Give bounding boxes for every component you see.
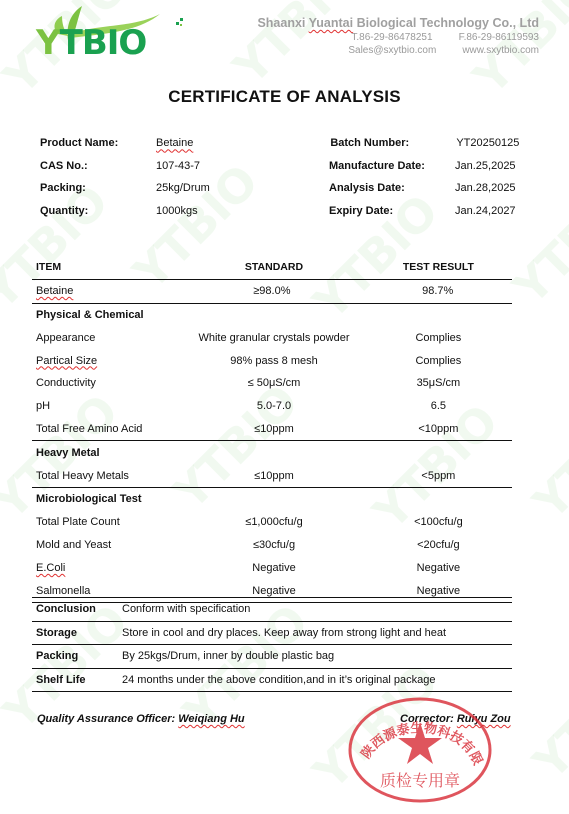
cell-standard: ≤30cfu/g xyxy=(183,539,365,551)
header-standard: STANDARD xyxy=(183,261,365,273)
table-row: E.ColiNegativeNegative xyxy=(32,556,512,579)
cell-standard: ≤10ppm xyxy=(183,423,365,435)
summary-row-storage: Storage Store in cool and dry places. Ke… xyxy=(32,622,512,646)
assay-item: Betaine xyxy=(32,285,73,297)
cell-result: 6.5 xyxy=(365,400,512,412)
assay-row: Betaine ≥98.0% 98.7% xyxy=(32,280,512,304)
certificate-page: YTBIO Shaanxi Yuantai Biological Technol… xyxy=(0,0,569,814)
company-fax: F.86-29-86119593 xyxy=(459,32,539,43)
cell-standard: Negative xyxy=(183,585,365,597)
header-result: TEST RESULT xyxy=(365,261,512,273)
cell-standard: ≤ 50μS/cm xyxy=(183,377,365,389)
cell-result: 35μS/cm xyxy=(365,377,512,389)
summary-label: Conclusion xyxy=(32,603,122,615)
info-value: 25kg/Drum xyxy=(156,182,329,194)
table-row: Total Heavy Metals≤10ppm<5ppm xyxy=(32,464,512,488)
cell-result: Complies xyxy=(365,355,512,367)
section-heading: Microbiological Test xyxy=(32,488,512,511)
cell-item: Salmonella xyxy=(32,585,183,597)
cell-standard: White granular crystals powder xyxy=(183,332,365,344)
cell-item: Mold and Yeast xyxy=(32,539,183,551)
table-row: pH5.0-7.06.5 xyxy=(32,395,512,418)
product-info: Product Name: Betaine Batch Number: YT20… xyxy=(40,132,550,222)
summary-value: 24 months under the above condition,and … xyxy=(122,674,512,686)
cell-item: E.Coli xyxy=(32,562,183,574)
cell-standard: 98% pass 8 mesh xyxy=(183,355,365,367)
cell-item: Total Free Amino Acid xyxy=(32,423,183,435)
qa-officer-signature: Quality Assurance Officer: Weiqiang Hu xyxy=(37,713,245,725)
company-logo: YTBIO xyxy=(36,4,176,64)
summary-table: Conclusion Conform with specification St… xyxy=(32,597,512,692)
info-row: CAS No.: 107-43-7 Manufacture Date: Jan.… xyxy=(40,155,550,178)
cell-result: Negative xyxy=(365,585,512,597)
cell-result: <20cfu/g xyxy=(365,539,512,551)
table-row: Mold and Yeast≤30cfu/g<20cfu/g xyxy=(32,534,512,557)
assay-result: 98.7% xyxy=(363,285,512,297)
summary-row-conclusion: Conclusion Conform with specification xyxy=(32,598,512,622)
summary-row-shelf-life: Shelf Life 24 months under the above con… xyxy=(32,669,512,693)
summary-label: Shelf Life xyxy=(32,674,122,686)
cell-standard: Negative xyxy=(183,562,365,574)
info-row: Product Name: Betaine Batch Number: YT20… xyxy=(40,132,550,155)
info-label: Expiry Date: xyxy=(329,205,455,217)
info-value: 1000kgs xyxy=(156,205,329,217)
info-value: Betaine xyxy=(156,137,193,149)
summary-label: Packing xyxy=(32,650,122,662)
table-row: Conductivity≤ 50μS/cm35μS/cm xyxy=(32,372,512,395)
cell-item: Total Heavy Metals xyxy=(32,470,183,482)
info-label: CAS No.: xyxy=(40,160,156,172)
summary-value: Conform with specification xyxy=(122,603,512,615)
info-label: Product Name: xyxy=(40,137,156,149)
header-item: ITEM xyxy=(32,261,183,273)
info-label: Batch Number: xyxy=(330,137,456,149)
cell-item: Appearance xyxy=(32,332,183,344)
info-value: 107-43-7 xyxy=(156,160,329,172)
company-email[interactable]: Sales@sxytbio.com xyxy=(348,45,436,56)
cell-standard: ≤1,000cfu/g xyxy=(183,516,365,528)
cell-item: pH xyxy=(32,400,183,412)
results-table: ITEM STANDARD TEST RESULT Betaine ≥98.0%… xyxy=(32,256,512,603)
info-value: Jan.24,2027 xyxy=(455,205,516,217)
table-row: AppearanceWhite granular crystals powder… xyxy=(32,326,512,349)
summary-label: Storage xyxy=(32,627,122,639)
document-title: CERTIFICATE OF ANALYSIS xyxy=(0,87,569,107)
info-value: YT20250125 xyxy=(456,137,519,149)
info-row: Quantity: 1000kgs Expiry Date: Jan.24,20… xyxy=(40,200,550,223)
cell-item: Partical Size xyxy=(32,355,183,367)
company-name: Shaanxi Yuantai Biological Technology Co… xyxy=(257,16,539,30)
section-heading: Physical & Chemical xyxy=(32,304,512,327)
cell-item: Conductivity xyxy=(32,377,183,389)
info-label: Analysis Date: xyxy=(329,182,455,194)
logo-text: YTBIO xyxy=(36,26,146,60)
company-info: Shaanxi Yuantai Biological Technology Co… xyxy=(257,16,539,56)
cell-result: <5ppm xyxy=(365,470,512,482)
cell-result: Complies xyxy=(365,332,512,344)
company-website[interactable]: www.sxytbio.com xyxy=(462,45,539,56)
cell-item: Total Plate Count xyxy=(32,516,183,528)
info-label: Quantity: xyxy=(40,205,156,217)
summary-value: Store in cool and dry places. Keep away … xyxy=(122,627,512,639)
table-row: Total Free Amino Acid≤10ppm<10ppm xyxy=(32,418,512,442)
cell-result: Negative xyxy=(365,562,512,574)
info-value: Jan.28,2025 xyxy=(455,182,516,194)
results-sections: Physical & ChemicalAppearanceWhite granu… xyxy=(32,304,512,603)
summary-row-packing: Packing By 25kgs/Drum, inner by double p… xyxy=(32,645,512,669)
assay-standard: ≥98.0% xyxy=(180,285,363,297)
info-label: Manufacture Date: xyxy=(329,160,455,172)
info-label: Packing: xyxy=(40,182,156,194)
table-row: Partical Size98% pass 8 meshComplies xyxy=(32,349,512,372)
quality-inspection-stamp: 陕西源泰生物科技有限公司 质检专用章 xyxy=(345,692,495,804)
info-row: Packing: 25kg/Drum Analysis Date: Jan.28… xyxy=(40,177,550,200)
summary-value: By 25kgs/Drum, inner by double plastic b… xyxy=(122,650,512,662)
cell-standard: ≤10ppm xyxy=(183,470,365,482)
cell-result: <100cfu/g xyxy=(365,516,512,528)
table-row: Total Plate Count≤1,000cfu/g<100cfu/g xyxy=(32,511,512,534)
section-heading: Heavy Metal xyxy=(32,441,512,464)
svg-text:质检专用章: 质检专用章 xyxy=(380,771,460,790)
results-header-row: ITEM STANDARD TEST RESULT xyxy=(32,256,512,280)
company-phone: T.86-29-86478251 xyxy=(351,32,432,43)
cell-standard: 5.0-7.0 xyxy=(183,400,365,412)
cell-result: <10ppm xyxy=(365,423,512,435)
info-value: Jan.25,2025 xyxy=(455,160,516,172)
